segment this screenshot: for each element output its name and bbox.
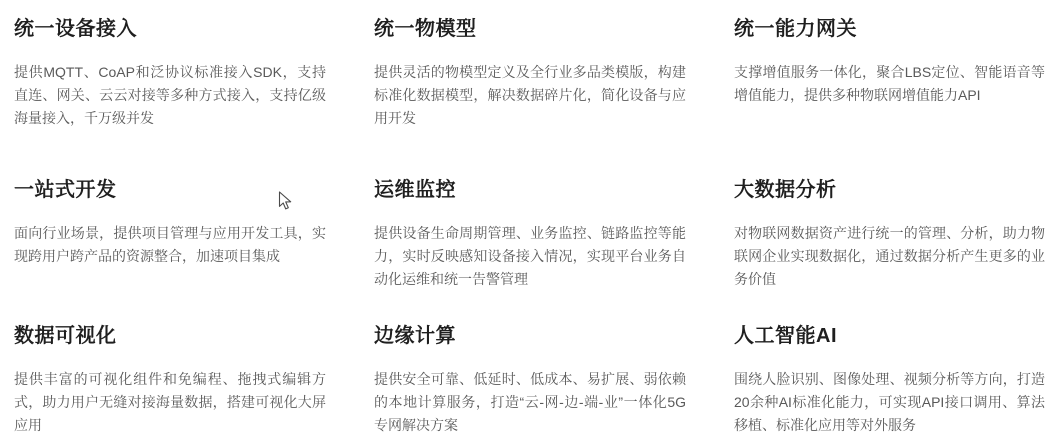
feature-description: 支撑增值服务一体化，聚合LBS定位、智能语音等增值能力，提供多种物联网增值能力A… (734, 61, 1045, 107)
feature-description: 提供灵活的物模型定义及全行业多品类模版，构建标准化数据模型，解决数据碎片化，简化… (374, 61, 686, 130)
feature-card-operations-monitoring: 运维监控 提供设备生命周期管理、业务监控、链路监控等能力，实时反映感知设备接入情… (360, 161, 720, 307)
feature-title: 统一物模型 (374, 16, 720, 42)
platform-features-section: 统一设备接入 提供MQTT、CoAP和泛协议标准接入SDK，支持直连、网关、云云… (0, 0, 1045, 435)
feature-description: 对物联网数据资产进行统一的管理、分析，助力物联网企业实现数据化，通过数据分析产生… (734, 222, 1045, 291)
feature-title: 运维监控 (374, 177, 720, 203)
feature-title: 统一设备接入 (14, 16, 360, 42)
features-grid: 统一设备接入 提供MQTT、CoAP和泛协议标准接入SDK，支持直连、网关、云云… (0, 0, 1045, 435)
feature-card-artificial-intelligence: 人工智能AI 围绕人脸识别、图像处理、视频分析等方向，打造20余种AI标准化能力… (720, 307, 1045, 435)
feature-card-edge-computing: 边缘计算 提供安全可靠、低延时、低成本、易扩展、弱依赖的本地计算服务，打造“云-… (360, 307, 720, 435)
feature-title: 数据可视化 (14, 323, 360, 349)
feature-card-big-data-analysis: 大数据分析 对物联网数据资产进行统一的管理、分析，助力物联网企业实现数据化，通过… (720, 161, 1045, 307)
feature-title: 一站式开发 (14, 177, 360, 203)
feature-title: 统一能力网关 (734, 16, 1045, 42)
feature-title: 大数据分析 (734, 177, 1045, 203)
feature-card-unified-thing-model: 统一物模型 提供灵活的物模型定义及全行业多品类模版，构建标准化数据模型，解决数据… (360, 0, 720, 161)
feature-description: 提供安全可靠、低延时、低成本、易扩展、弱依赖的本地计算服务，打造“云-网-边-端… (374, 368, 686, 435)
feature-description: 围绕人脸识别、图像处理、视频分析等方向，打造20余种AI标准化能力，可实现API… (734, 368, 1045, 435)
feature-description: 面向行业场景，提供项目管理与应用开发工具，实现跨用户跨产品的资源整合，加速项目集… (14, 222, 326, 268)
feature-title: 人工智能AI (734, 323, 1045, 349)
feature-description: 提供设备生命周期管理、业务监控、链路监控等能力，实时反映感知设备接入情况，实现平… (374, 222, 686, 291)
feature-card-unified-capability-gateway: 统一能力网关 支撑增值服务一体化，聚合LBS定位、智能语音等增值能力，提供多种物… (720, 0, 1045, 161)
feature-description: 提供MQTT、CoAP和泛协议标准接入SDK，支持直连、网关、云云对接等多种方式… (14, 61, 326, 130)
feature-card-one-stop-development: 一站式开发 面向行业场景，提供项目管理与应用开发工具，实现跨用户跨产品的资源整合… (0, 161, 360, 307)
feature-description: 提供丰富的可视化组件和免编程、拖拽式编辑方式，助力用户无缝对接海量数据，搭建可视… (14, 368, 326, 435)
feature-card-data-visualization: 数据可视化 提供丰富的可视化组件和免编程、拖拽式编辑方式，助力用户无缝对接海量数… (0, 307, 360, 435)
feature-card-unified-device-access: 统一设备接入 提供MQTT、CoAP和泛协议标准接入SDK，支持直连、网关、云云… (0, 0, 360, 161)
feature-title: 边缘计算 (374, 323, 720, 349)
